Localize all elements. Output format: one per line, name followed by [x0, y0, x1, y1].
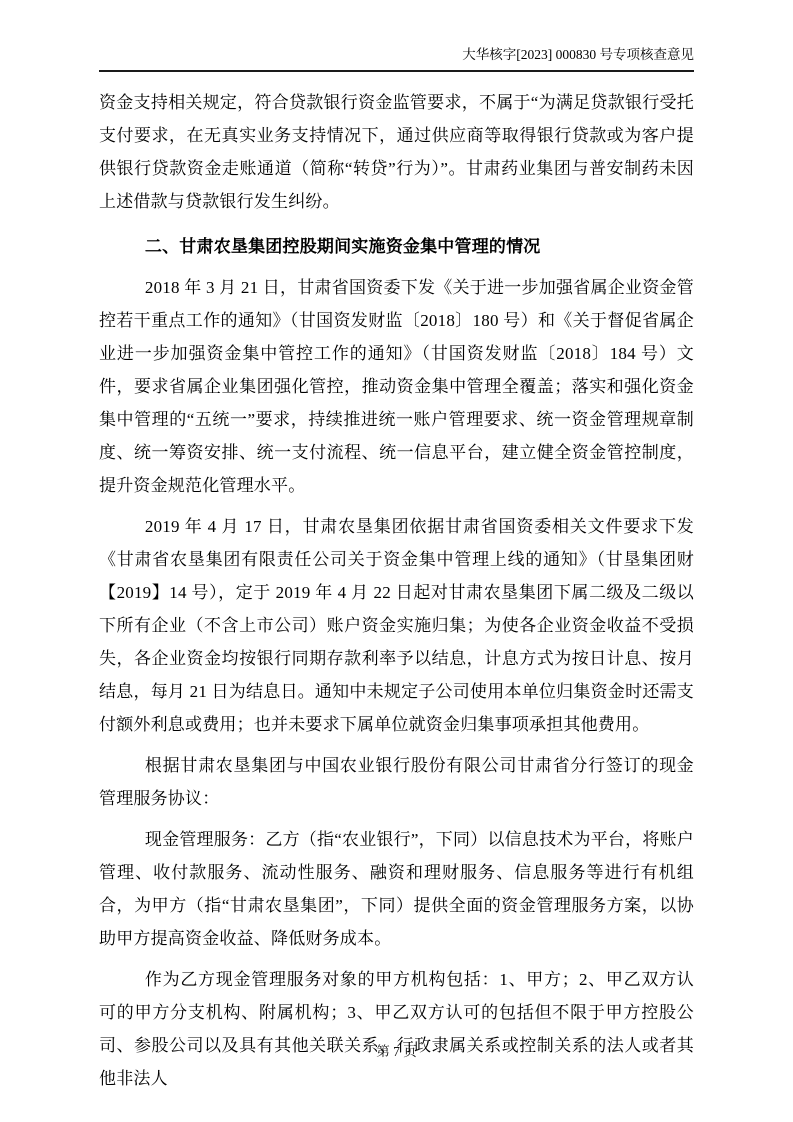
paragraph-agreement-intro: 根据甘肃农垦集团与中国农业银行股份有限公司甘肃省分行签订的现金管理服务协议：	[99, 749, 694, 815]
document-page: 大华核字[2023] 000830 号专项核查意见 资金支持相关规定，符合贷款银…	[0, 0, 793, 1122]
document-body: 资金支持相关规定，符合贷款银行资金监管要求，不属于“为满足贷款银行受托支付要求，…	[99, 86, 694, 1095]
page-number: 第 7 页	[376, 1044, 417, 1059]
header-doc-ref: 大华核字[2023] 000830 号专项核查意见	[462, 47, 694, 62]
paragraph-notice-2018: 2018 年 3 月 21 日，甘肃省国资委下发《关于进一步加强省属企业资金管控…	[99, 271, 694, 502]
paragraph-party-a-institutions: 作为乙方现金管理服务对象的甲方机构包括：1、甲方；2、甲乙双方认可的甲方分支机构…	[99, 963, 694, 1095]
paragraph-continuation: 资金支持相关规定，符合贷款银行资金监管要求，不属于“为满足贷款银行受托支付要求，…	[99, 86, 694, 218]
paragraph-cash-management-service: 现金管理服务：乙方（指“农业银行”，下同）以信息技术为平台，将账户管理、收付款服…	[99, 823, 694, 955]
page-header: 大华核字[2023] 000830 号专项核查意见	[99, 46, 694, 72]
section-heading: 二、甘肃农垦集团控股期间实施资金集中管理的情况	[99, 230, 694, 263]
paragraph-notice-2019: 2019 年 4 月 17 日，甘肃农垦集团依据甘肃省国资委相关文件要求下发《甘…	[99, 510, 694, 741]
page-footer: 第 7 页	[0, 1040, 793, 1060]
